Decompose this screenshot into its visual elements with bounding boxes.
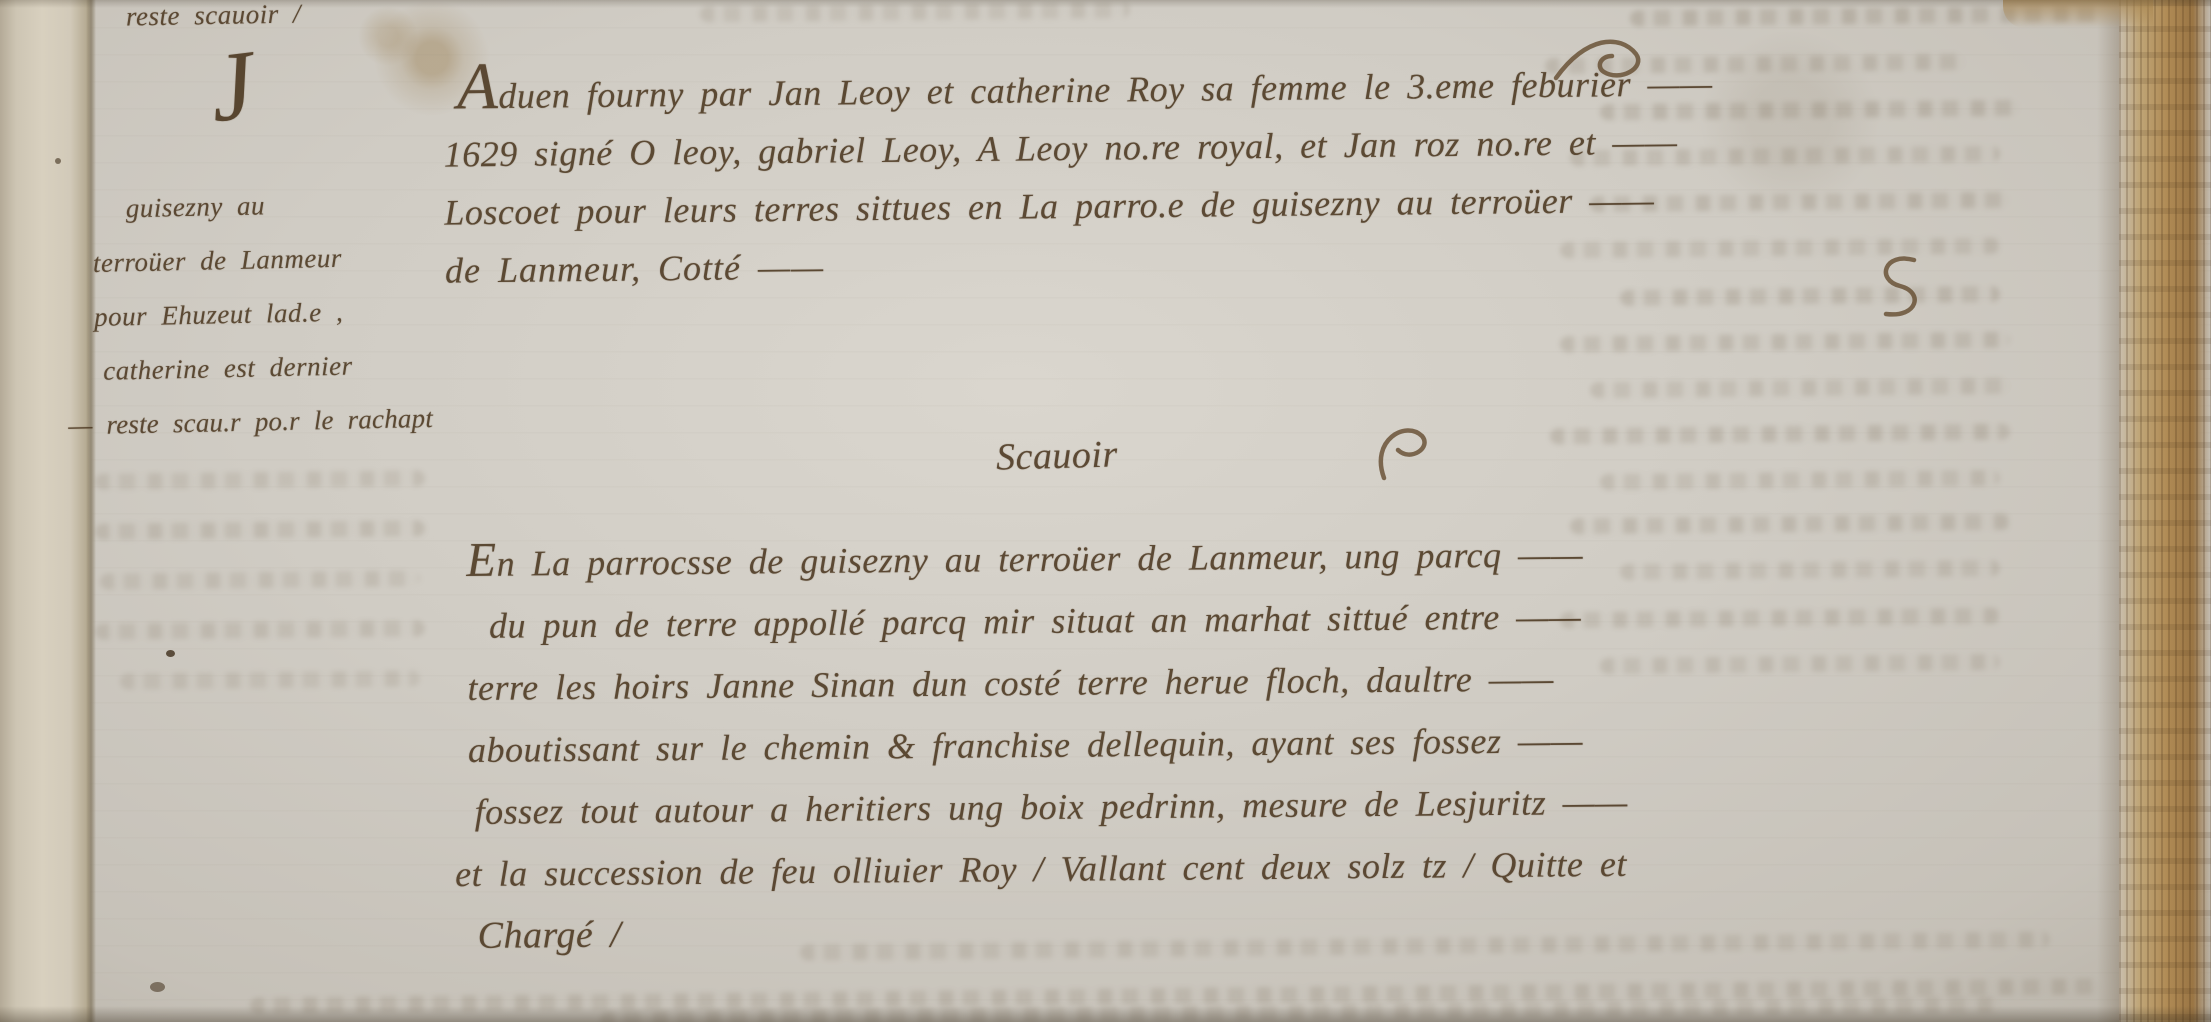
bleedthrough-mark xyxy=(1600,470,2000,490)
bleedthrough-mark xyxy=(1620,286,2000,306)
manuscript-page: reste scauoir / J guisezny au terroüer d… xyxy=(0,0,2211,1022)
page-binding-edge xyxy=(2119,0,2211,1022)
bleedthrough-mark xyxy=(1590,378,2010,398)
bleedthrough-mark xyxy=(95,520,425,539)
act-body-paragraph: En La parrocsse de guisezny au terroüer … xyxy=(466,515,2070,967)
bleedthrough-mark xyxy=(95,470,425,489)
bleedthrough-mark xyxy=(100,570,420,589)
page-fold-crease xyxy=(86,0,96,1022)
ink-stain xyxy=(150,982,165,992)
bleedthrough-mark xyxy=(1560,332,2010,353)
flourish-icon xyxy=(1548,30,1668,90)
section-heading: Scauoir xyxy=(995,432,1118,479)
margin-note-line: terroüer de Lanmeur xyxy=(92,228,473,290)
top-edge-shadow xyxy=(0,0,2211,8)
margin-note-line: pour Ehuzeut lad.e , xyxy=(93,282,474,344)
ink-stain xyxy=(166,650,175,657)
margin-note-line: — reste scau.r po.r le rachapt xyxy=(68,390,477,453)
margin-note-line: guisezny au xyxy=(91,174,472,236)
flourish-icon xyxy=(1862,252,1932,324)
page-left-edge xyxy=(0,0,96,1022)
bottom-edge-shadow xyxy=(0,1006,2211,1022)
flourish-icon xyxy=(1366,416,1438,488)
bleedthrough-mark xyxy=(1550,424,2010,445)
bleedthrough-mark xyxy=(95,620,425,639)
margin-note-line: catherine est dernier xyxy=(95,336,476,398)
ink-stain xyxy=(55,158,61,164)
marginalia: guisezny au terroüer de Lanmeur pour Ehu… xyxy=(91,174,477,452)
bleedthrough-mark xyxy=(120,670,420,689)
act-header-paragraph: Aduen fourny par Jan Leoy et catherine R… xyxy=(443,47,2085,299)
decorative-initial: J xyxy=(204,36,260,139)
